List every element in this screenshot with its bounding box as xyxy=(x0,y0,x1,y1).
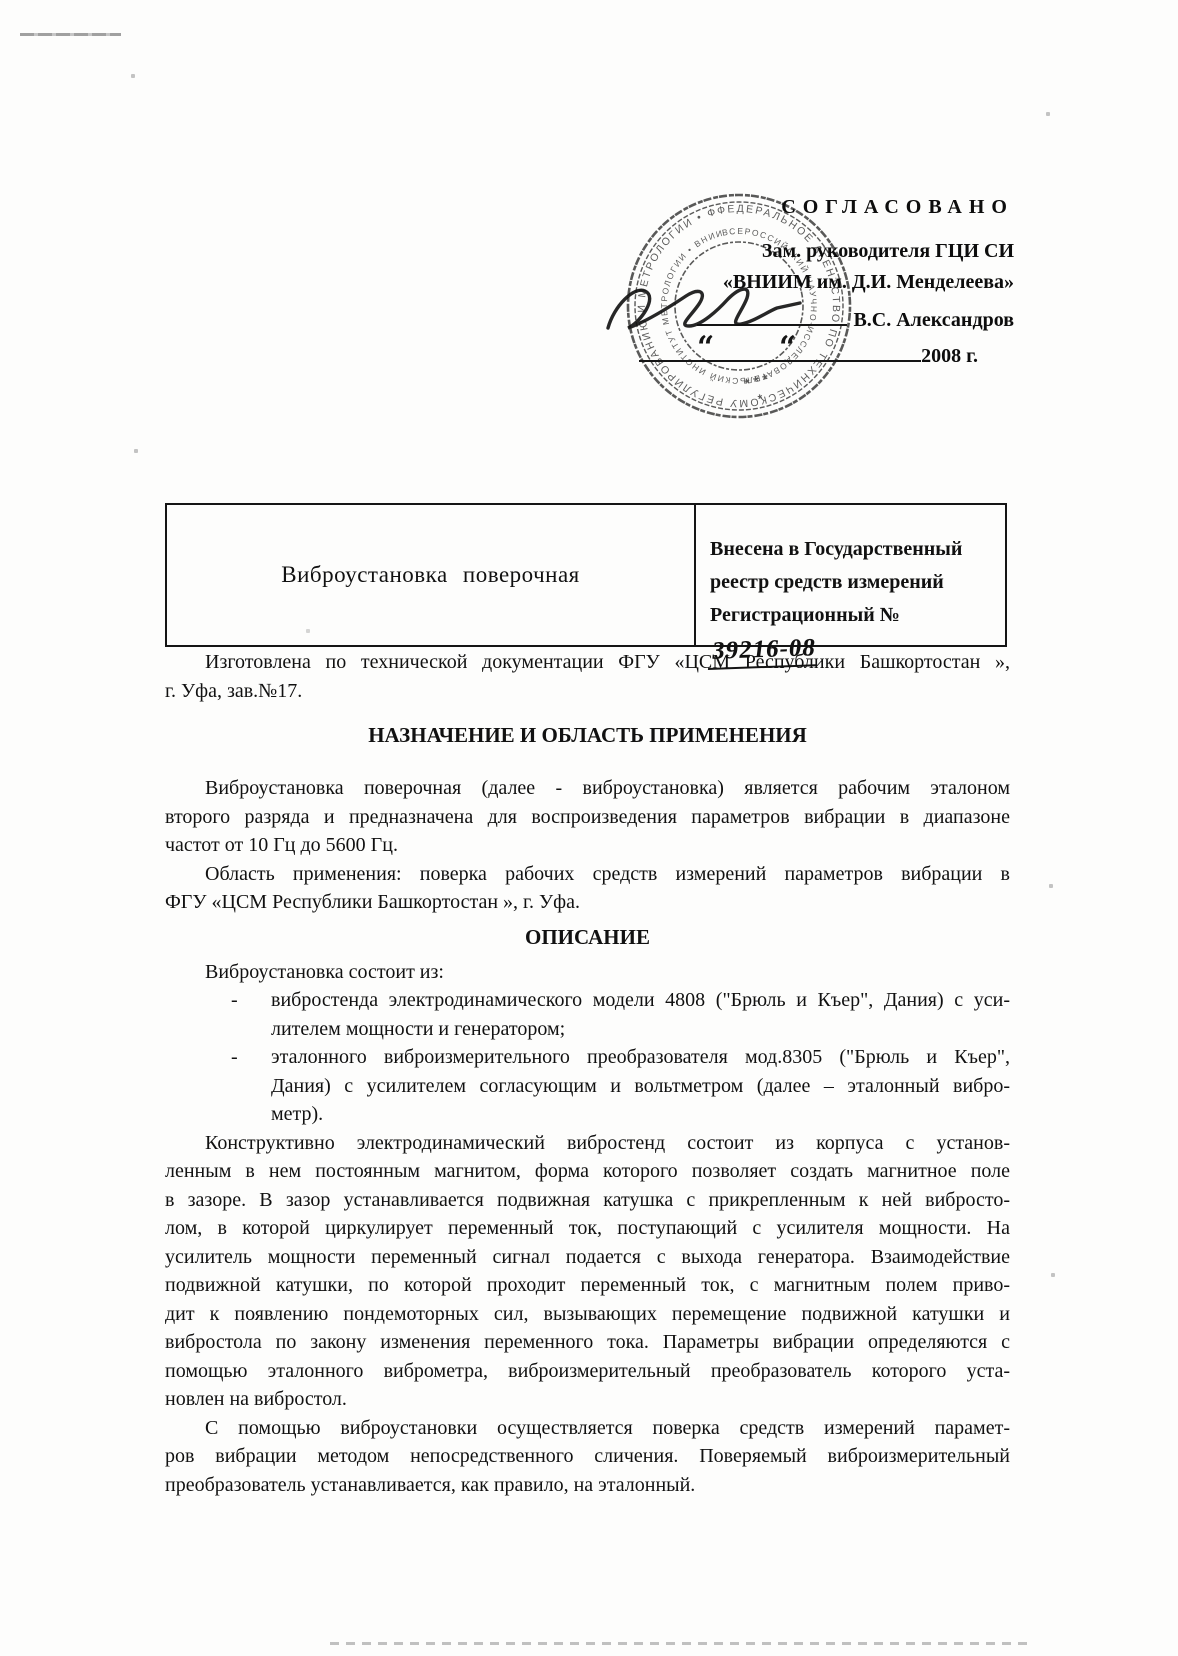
list-item: - эталонного виброизмерительного преобра… xyxy=(165,1043,1010,1129)
approval-year: 2008 г. xyxy=(921,345,978,367)
scan-artifact-top-line xyxy=(20,33,121,36)
title-table: Виброустановка поверочная Внесена в Госу… xyxy=(165,503,1007,647)
text-line: вибростола по закону изменения переменно… xyxy=(165,1328,1010,1357)
scan-speck xyxy=(1046,112,1050,116)
text-line: метр). xyxy=(271,1100,1010,1129)
text-line: преобразователь устанавливается, как пра… xyxy=(165,1471,1010,1500)
text-line: ФГУ «ЦСМ Республики Башкортостан », г. У… xyxy=(165,888,1010,917)
paragraph-verification-method: С помощью виброустановки осуществляется … xyxy=(165,1414,1010,1500)
scan-speck xyxy=(1051,1273,1055,1277)
registration-label: Регистрационный № xyxy=(710,604,900,626)
list-item-text: эталонного виброизмерительного преобразо… xyxy=(271,1043,1010,1129)
list-item-marker: - xyxy=(165,986,271,1043)
text-line: Конструктивно электродинамический виброс… xyxy=(165,1129,1010,1158)
scan-speck xyxy=(1049,884,1053,888)
text-line: ров вибрации методом непосредственного с… xyxy=(165,1442,1010,1471)
paragraph-consists-of: Виброустановка состоит из: xyxy=(165,958,1010,987)
text-line: помощью эталонного виброметра, виброизме… xyxy=(165,1357,1010,1386)
approval-title: СОГЛАСОВАНО xyxy=(584,196,1014,219)
scan-artifact-bottom-line xyxy=(330,1642,1030,1645)
section-heading-purpose: НАЗНАЧЕНИЕ И ОБЛАСТЬ ПРИМЕНЕНИЯ xyxy=(165,721,1010,750)
text-line: дит к появлению пондемоторных сил, вызыв… xyxy=(165,1300,1010,1329)
instrument-name-cell: Виброустановка поверочная xyxy=(167,505,696,645)
approver-position: Зам. руководителя ГЦИ СИ xyxy=(584,236,1014,267)
paragraph-application-area: Область применения: поверка рабочих сред… xyxy=(165,860,1010,917)
stamp-bottom-asterisks: * * * xyxy=(743,370,771,391)
text-line: г. Уфа, зав.№17. xyxy=(165,677,1010,706)
list-item-text: вибростенда электродинамического модели … xyxy=(271,986,1010,1043)
text-line: частот от 10 Гц до 5600 Гц. xyxy=(165,831,1010,860)
text-line: в зазоре. В зазор устанавливается подвиж… xyxy=(165,1186,1010,1215)
text-line: лом, в которой циркулирует переменный то… xyxy=(165,1214,1010,1243)
text-line: эталонного виброизмерительного преобразо… xyxy=(271,1043,1010,1072)
signature-ink xyxy=(600,270,820,350)
text-line: усилитель мощности переменный сигнал под… xyxy=(165,1243,1010,1272)
text-line: С помощью виброустановки осуществляется … xyxy=(165,1414,1010,1443)
text-line: подвижной катушки, по которой проходит п… xyxy=(165,1271,1010,1300)
text-line: Изготовлена по технической документации … xyxy=(165,648,1010,677)
paragraph-purpose: Виброустановка поверочная (далее - вибро… xyxy=(165,774,1010,860)
scanned-document-page: ФЕДЕРАЛЬНОЕ АГЕНТСТВО ПО ТЕХНИЧЕСКОМУ РЕ… xyxy=(0,0,1178,1656)
scan-speck xyxy=(131,74,135,78)
paragraph-manufactured: Изготовлена по технической документации … xyxy=(165,648,1010,705)
list-item: - вибростенда электродинамического модел… xyxy=(165,986,1010,1043)
scan-speck xyxy=(134,449,138,453)
text-line: вибростенда электродинамического модели … xyxy=(271,986,1010,1015)
document-body: Изготовлена по технической документации … xyxy=(165,648,1010,1499)
approver-name: В.С. Александров xyxy=(853,309,1014,331)
text-line: новлен на вибростол. xyxy=(165,1385,1010,1414)
text-line: Виброустановка поверочная (далее - вибро… xyxy=(165,774,1010,803)
text-line: Область применения: поверка рабочих сред… xyxy=(165,860,1010,889)
section-heading-description: ОПИСАНИЕ xyxy=(165,923,1010,952)
registry-line: Внесена в Государственный xyxy=(710,533,999,566)
text-line: второго разряда и предназначена для восп… xyxy=(165,803,1010,832)
registry-line: реестр средств измерений xyxy=(710,566,999,599)
text-line: ленным в нем постоянным магнитом, форма … xyxy=(165,1157,1010,1186)
list-item-marker: - xyxy=(165,1043,271,1129)
paragraph-construction: Конструктивно электродинамический виброс… xyxy=(165,1129,1010,1414)
registry-cell: Внесена в Государственный реестр средств… xyxy=(696,505,1005,645)
text-line: Дания) с усилителем согласующим и вольтм… xyxy=(271,1072,1010,1101)
text-line: лителем мощности и генератором; xyxy=(271,1015,1010,1044)
